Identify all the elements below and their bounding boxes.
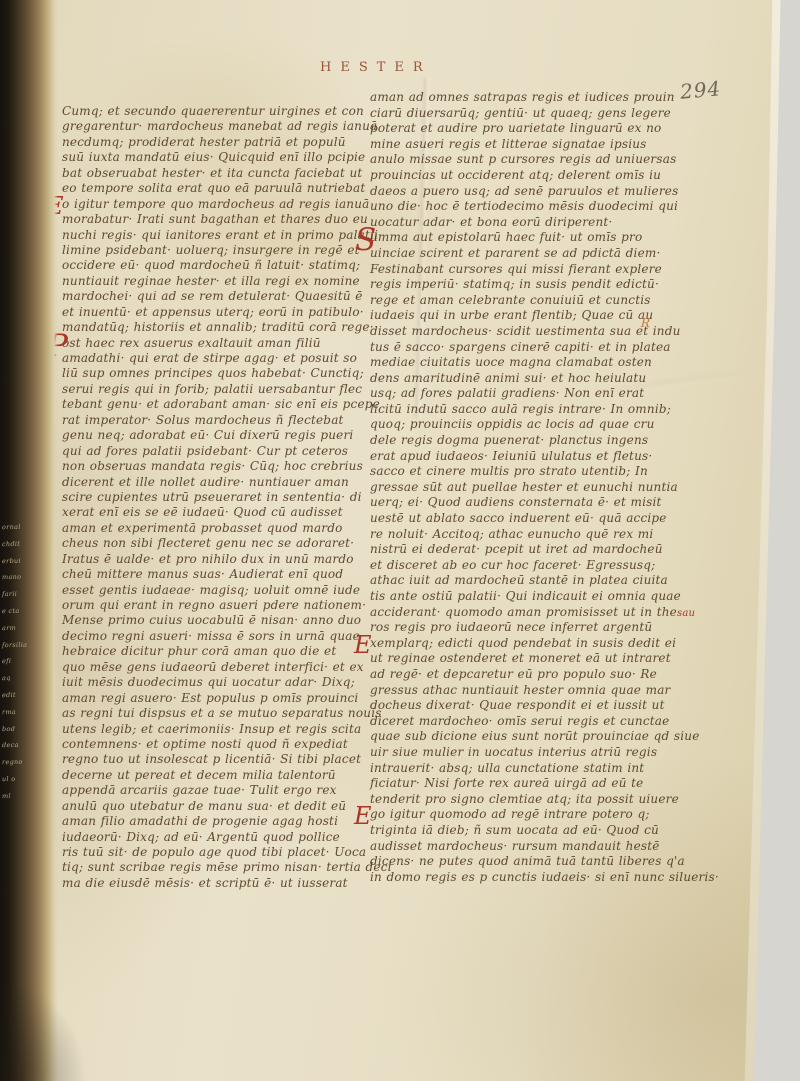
manuscript-line: 3Post haec rex asuerus exaltauit aman fi… [62,336,362,351]
manuscript-line: quoq; prouinciis oppidis ac locis ad qua… [370,417,696,433]
manuscript-line: qui ad fores palatii psidebant· Cur pt c… [62,444,362,459]
manuscript-line: ficiatur· Nisi forte rex aureā uirgā ad … [370,776,696,792]
edge-fragment: chdit [2,540,20,548]
edge-fragment: regno [2,758,23,766]
manuscript-line: amadathi· qui erat de stirpe agag· et po… [62,351,362,366]
manuscript-line: in domo regis es p cunctis iudaeis· si e… [370,870,696,886]
manuscript-line: decimo regni asueri· missa ē sors in urn… [62,629,362,644]
manuscript-line: as regni tui dispsus et a se mutuo separ… [62,706,362,721]
edge-fragment: erbui [2,556,21,564]
manuscript-line: non obseruas mandata regis· Cūq; hoc cre… [62,459,362,474]
manuscript-line: Mense primo cuius uocabulū ē nisan· anno… [62,613,362,628]
running-title: HESTER [320,60,432,75]
manuscript-line: uestē ut ablato sacco induerent eū· quā … [370,511,696,527]
manuscript-line: quo mēse gens iudaeorū deberet interfici… [62,660,362,675]
manuscript-page: HESTER 294 Cumq; et secundo quaererentur… [52,0,800,1081]
red-correction: sau [677,608,695,619]
manuscript-line: usq; ad fores palatii gradiens· Non enī … [370,386,696,402]
edge-fragment: efi [2,657,11,665]
line-text: go igitur quomodo ad regē intrare potero… [370,807,650,821]
manuscript-line: mine asueri regis et litterae signatae i… [370,137,696,153]
line-text: ost haec rex asuerus exaltauit aman fili… [62,336,321,350]
line-text: o igitur tempore quo mardocheus ad regis… [62,197,370,211]
manuscript-line: et inuentū· et appensus uterq; eorū in p… [62,305,362,320]
manuscript-line: dens amaritudinē animi sui· et hoc heiul… [370,371,696,387]
manuscript-line: bat obseruabat hester· et ita cuncta fac… [62,166,362,181]
edge-fragment: mano [2,573,21,581]
manuscript-line: regno tuo ut insolescat p licentiā· Si t… [62,752,362,767]
manuscript-line: anulū quo utebatur de manu sua· et dedit… [62,799,362,814]
line-text: acciderant· quomodo aman promisisset ut … [370,605,677,619]
manuscript-line: quae sub dicione eius sunt norūt prouinc… [370,729,696,745]
manuscript-line: nistrū ei dederat· pcepit ut iret ad mar… [370,542,696,558]
manuscript-line: gressae sūt aut puellae hester et eunuch… [370,480,696,496]
manuscript-line: erat apud iudaeos· Ieiuniū ululatus et f… [370,449,696,465]
manuscript-line: gressus athac nuntiauit hester omnia qua… [370,683,696,699]
edge-fragment: arm [2,624,16,632]
manuscript-line: Iratus ē ualde· et pro nihilo dux in unū… [62,552,362,567]
manuscript-line: uno die· hoc ē tertiodecimo mēsis duodec… [370,199,696,215]
manuscript-line: contemnens· et optime nosti quod ñ exped… [62,737,362,752]
manuscript-line: orum qui erant in regno asueri pdere nat… [62,598,362,613]
left-text-column: Cumq; et secundo quaererentur uirgines e… [62,104,362,891]
manuscript-line: uocatur adar· et bona eorū diriperent· [370,215,696,231]
manuscript-line: esset gentis iudaeae· magisq; uoluit omn… [62,583,362,598]
manuscript-line: scire cupientes utrū pseueraret in sente… [62,490,362,505]
manuscript-line: acciderant· quomodo aman promisisset ut … [370,605,696,621]
manuscript-line: serui regis qui in forib; palatii uersab… [62,382,362,397]
manuscript-line: diceret mardocheo· omīs serui regis et c… [370,714,696,730]
manuscript-line: tiq; sunt scribae regis mēse primo nisan… [62,860,362,875]
manuscript-line: appendā arcariis gazae tuae· Tulit ergo … [62,783,362,798]
manuscript-line: dicens· ne putes quod animā tuā tantū li… [370,854,696,870]
manuscript-line: ut reginae ostenderet et moneret eā ut i… [370,651,696,667]
manuscript-line: cheus non sibi flecteret genu nec se ado… [62,536,362,551]
manuscript-line: dele regis dogma puenerat· planctus inge… [370,433,696,449]
line-text: umma aut epistolarū haec fuit· ut omīs p… [370,230,642,244]
manuscript-line: anulo missae sunt p cursores regis ad un… [370,152,696,168]
manuscript-line: docheus dixerat· Quae respondit ei et iu… [370,698,696,714]
edge-fragment: rma [2,708,16,716]
manuscript-line: rege et aman celebrante conuiuiū et cunc… [370,293,696,309]
manuscript-line: ris tuū sit· de populo age quod tibi pla… [62,845,362,860]
manuscript-line: ciarū diuersarūq; gentiū· ut quaeq; gens… [370,106,696,122]
right-text-column: aman ad omnes satrapas regis et iudices … [370,90,696,885]
manuscript-line: suū iuxta mandatū eius· Quicquid enī ill… [62,150,362,165]
manuscript-line: daeos a puero usq; ad senē paruulos et m… [370,184,696,200]
manuscript-line: mediae ciuitatis uoce magna clamabat ost… [370,355,696,371]
edge-fragment: aq [2,674,11,682]
manuscript-line: et disceret ab eo cur hoc faceret· Egres… [370,558,696,574]
manuscript-line: ma die eiusdē mēsis· et scriptū ē· ut iu… [62,876,362,891]
manuscript-line: tebant genu· et adorabant aman· sic enī … [62,397,362,412]
manuscript-line: xerat enī eis se eē iudaeū· Quod cū audi… [62,505,362,520]
manuscript-line: nuntiauit reginae hester· et illa regi e… [62,274,362,289]
edge-fragment: ornal [2,523,21,531]
manuscript-line: re noluit· Accitoq; athac eunucho quē re… [370,527,696,543]
manuscript-line: poterat et audire pro uarietate linguarū… [370,121,696,137]
manuscript-line: iuit mēsis duodecimus qui uocatur adar· … [62,675,362,690]
manuscript-line: tenderit pro signo clemtiae atq; ita pos… [370,792,696,808]
manuscript-line: ros regis pro iudaeorū nece inferret arg… [370,620,696,636]
manuscript-line: prouincias ut occiderent atq; delerent o… [370,168,696,184]
edge-fragment: edit [2,691,16,699]
manuscript-line: aman ad omnes satrapas regis et iudices … [370,90,696,106]
manuscript-line: genu neq; adorabat eū· Cui dixerū regis … [62,428,362,443]
manuscript-line: aman regi asuero· Est populus p omīs pro… [62,691,362,706]
manuscript-line: tus ē sacco· spargens cinerē capiti· et … [370,340,696,356]
edge-fragment: bod [2,724,15,732]
manuscript-line: liū sup omnes principes quos habebat· Cu… [62,366,362,381]
manuscript-line: Exemplarq; edicti quod pendebat in susis… [370,636,696,652]
manuscript-line: uinciae scirent et pararent se ad pdictā… [370,246,696,262]
manuscript-line: necdumq; prodiderat hester patriā et pop… [62,135,362,150]
manuscript-line: Ego igitur quomodo ad regē intrare poter… [370,807,696,823]
manuscript-line: tis ante ostiū palatii· Qui indicauit ei… [370,589,696,605]
edge-fragment: ul o [2,775,16,783]
manuscript-photo: HESTER 294 Cumq; et secundo quaererentur… [0,0,800,1081]
manuscript-line: occidere eū· quod mardocheū ñ latuit· st… [62,258,362,273]
manuscript-line: dicerent et ille nollet audire· nuntiaue… [62,475,362,490]
manuscript-line: Summa aut epistolarū haec fuit· ut omīs … [370,230,696,246]
manuscript-line: regis imperiū· statimq; in susis pendit … [370,277,696,293]
manuscript-line: uerq; ei· Quod audiens consternata ē· et… [370,495,696,511]
quire-mark: R [641,316,651,330]
line-text: xemplarq; edicti quod pendebat in susis … [370,636,676,650]
manuscript-line: nuchi regis· qui ianitores erant et in p… [62,228,362,243]
manuscript-line: aman et experimentā probasset quod mardo [62,521,362,536]
manuscript-line: aman filio amadathi de progenie agag hos… [62,814,362,829]
manuscript-line: audisset mardocheus· rursum mandauit hes… [370,839,696,855]
manuscript-line: mardochei· qui ad se rem detulerat· Quae… [62,289,362,304]
manuscript-line: ad regē· et depcaretur eū pro populo suo… [370,667,696,683]
edge-fragment: deca [2,741,19,749]
manuscript-line: cheū mittere manus suas· Audierat enī qu… [62,567,362,582]
manuscript-line: mandatūq; historiis et annalib; traditū … [62,320,362,335]
manuscript-line: Cumq; et secundo quaererentur uirgines e… [62,104,362,119]
manuscript-line: athac iuit ad mardocheū stantē in platea… [370,573,696,589]
manuscript-line: iudaeorū· Dixq; ad eū· Argentū quod poll… [62,830,362,845]
edge-fragment: ml [2,792,11,800]
manuscript-line: utens legib; et caerimoniis· Insup et re… [62,722,362,737]
edge-fragment: farii [2,590,17,598]
manuscript-line: decerne ut pereat et decem milia talento… [62,768,362,783]
manuscript-line: morabatur· Irati sunt bagathan et thares… [62,212,362,227]
edge-text-fragments: ornalchditerbuimanofariie ctaarmforsilia… [0,523,58,823]
manuscript-line: Festinabant cursores qui missi fierant e… [370,262,696,278]
manuscript-line: Eo igitur tempore quo mardocheus ad regi… [62,197,362,212]
manuscript-line: rat imperator· Solus mardocheus ñ flecte… [62,413,362,428]
book-gutter-edge: ornalchditerbuimanofariie ctaarmforsilia… [0,0,58,1081]
manuscript-line: limine psidebant· uoluerq; insurgere in … [62,243,362,258]
manuscript-line: triginta iā dieb; ñ sum uocata ad eū· Qu… [370,823,696,839]
manuscript-line: sacco et cinere multis pro strato utenti… [370,464,696,480]
edge-fragment: e cta [2,607,20,615]
manuscript-line: gregarentur· mardocheus manebat ad regis… [62,119,362,134]
manuscript-line: licitū indutū sacco aulā regis intrare· … [370,402,696,418]
edge-fragment: forsilia [2,640,27,648]
book-gutter-shadow [0,941,120,1081]
manuscript-line: intrauerit· absq; ulla cunctatione stati… [370,761,696,777]
manuscript-line: uir siue mulier in uocatus interius atri… [370,745,696,761]
manuscript-line: eo tempore solita erat quo eā paruulā nu… [62,181,362,196]
manuscript-line: hebraice dicitur phur corā aman quo die … [62,644,362,659]
